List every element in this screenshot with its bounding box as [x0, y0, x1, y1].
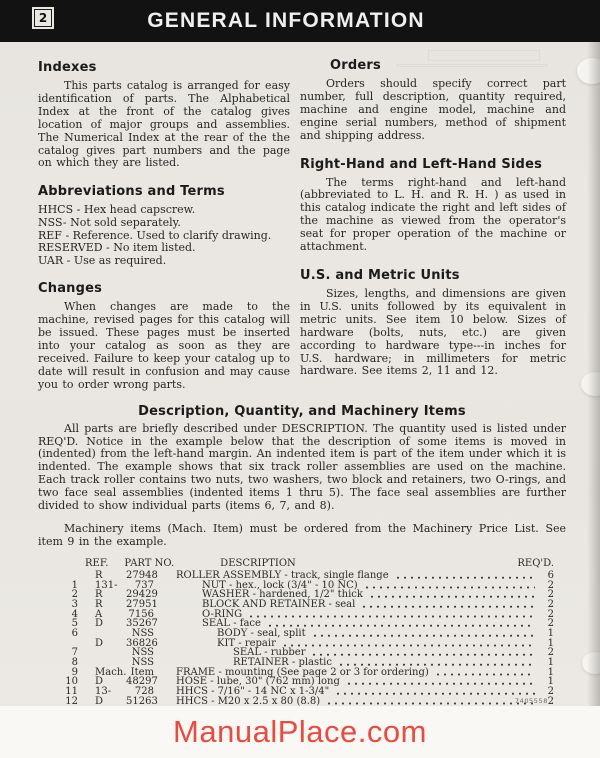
header-bar: 2 GENERAL INFORMATION — [0, 0, 600, 42]
parts-table: REF. PART NO. DESCRIPTION REQ'D. R27948R… — [38, 559, 566, 706]
dot-leader — [326, 697, 535, 706]
abbreviations-list: HHCS - Hex head capscrew.NSS- Not sold s… — [38, 204, 290, 267]
cell-description: HHCS - M20 x 2.5 x 80 (8.8) — [176, 697, 540, 706]
dot-leader — [435, 668, 535, 678]
dot-leader — [369, 590, 535, 600]
sides-paragraph: The terms right-hand and left-hand (abbr… — [300, 177, 566, 254]
page-title: GENERAL INFORMATION — [147, 9, 425, 33]
changes-paragraph: When changes are made to the machine, re… — [38, 301, 290, 391]
dot-leader — [364, 581, 535, 591]
page-content: Indexes This parts catalog is arranged f… — [0, 42, 600, 706]
dot-leader — [267, 619, 535, 629]
bleed-through-artifact — [396, 64, 548, 67]
machinery-paragraph-1: All parts are briefly described under DE… — [38, 423, 566, 513]
abbreviation-item: UAR - Use as required. — [38, 255, 290, 268]
cell-part-number: 51263 — [126, 697, 154, 706]
page-edge-shadow — [587, 42, 600, 706]
parts-table-body: R27948ROLLER ASSEMBLY - track, single fl… — [38, 571, 566, 706]
dot-leader — [248, 610, 535, 620]
parts-table-header: REF. PART NO. DESCRIPTION REQ'D. — [38, 559, 566, 569]
cell-description: SEAL - rubber — [176, 648, 540, 658]
heading-units: U.S. and Metric Units — [300, 268, 566, 283]
heading-machinery: Description, Quantity, and Machinery Ite… — [38, 404, 566, 419]
dot-leader — [282, 639, 535, 649]
dot-leader — [395, 571, 535, 581]
cell-part-prefix: D — [95, 619, 126, 629]
left-column: Indexes This parts catalog is arranged f… — [38, 42, 290, 394]
heading-changes: Changes — [38, 281, 290, 296]
form-number: 7405558 — [515, 697, 548, 705]
cell-part-prefix: D — [95, 697, 126, 706]
dot-leader — [346, 677, 535, 687]
header-spacer — [296, 559, 518, 569]
bleed-through-artifact — [428, 50, 540, 61]
column-header-description: DESCRIPTION — [220, 559, 296, 569]
screenshot: 2 GENERAL INFORMATION Indexes This parts… — [0, 0, 600, 758]
orders-paragraph: Orders should specify correct part numbe… — [300, 78, 566, 143]
table-row: 12D51263HHCS - M20 x 2.5 x 80 (8.8)2 — [38, 697, 566, 706]
heading-abbreviations: Abbreviations and Terms — [38, 184, 290, 199]
table-row: 6NSSBODY - seal, split1 — [38, 629, 566, 639]
column-header-reqd: REQ'D. — [517, 559, 554, 569]
abbreviation-item: NSS- Not sold separately. — [38, 217, 290, 230]
scanned-page: 2 GENERAL INFORMATION Indexes This parts… — [0, 0, 600, 706]
cell-ref: 12 — [52, 697, 78, 706]
description-text: HHCS - M20 x 2.5 x 80 (8.8) — [176, 697, 320, 706]
table-row: 4A7156O-RING2 — [38, 610, 566, 620]
column-header-part-no: PART NO. — [124, 559, 174, 569]
two-column-area: Indexes This parts catalog is arranged f… — [38, 42, 566, 394]
column-header-ref: REF. — [85, 559, 108, 569]
right-column: Orders Orders should specify correct par… — [300, 42, 566, 394]
dot-leader — [361, 600, 535, 610]
cell-description: KIT - repair — [176, 639, 540, 649]
table-row: 3R27951BLOCK AND RETAINER - seal2 — [38, 600, 566, 610]
dot-leader — [312, 629, 535, 639]
dot-leader — [335, 687, 535, 697]
cell-ref: 6 — [52, 629, 78, 639]
page-number-badge: 2 — [34, 9, 52, 27]
heading-sides: Right-Hand and Left-Hand Sides — [300, 157, 566, 172]
machinery-paragraph-2: Machinery items (Mach. Item) must be ord… — [38, 523, 566, 549]
watermark-strip: ManualPlace.com — [0, 706, 600, 758]
cell-part-prefix: D — [95, 639, 126, 649]
units-paragraph: Sizes, lengths, and dimensions are given… — [300, 288, 566, 378]
abbreviation-item: RESERVED - No item listed. — [38, 242, 290, 255]
heading-indexes: Indexes — [38, 60, 290, 75]
indexes-paragraph: This parts catalog is arranged for easy … — [38, 80, 290, 170]
watermark: ManualPlace.com — [173, 714, 427, 750]
dot-leader — [311, 648, 535, 658]
